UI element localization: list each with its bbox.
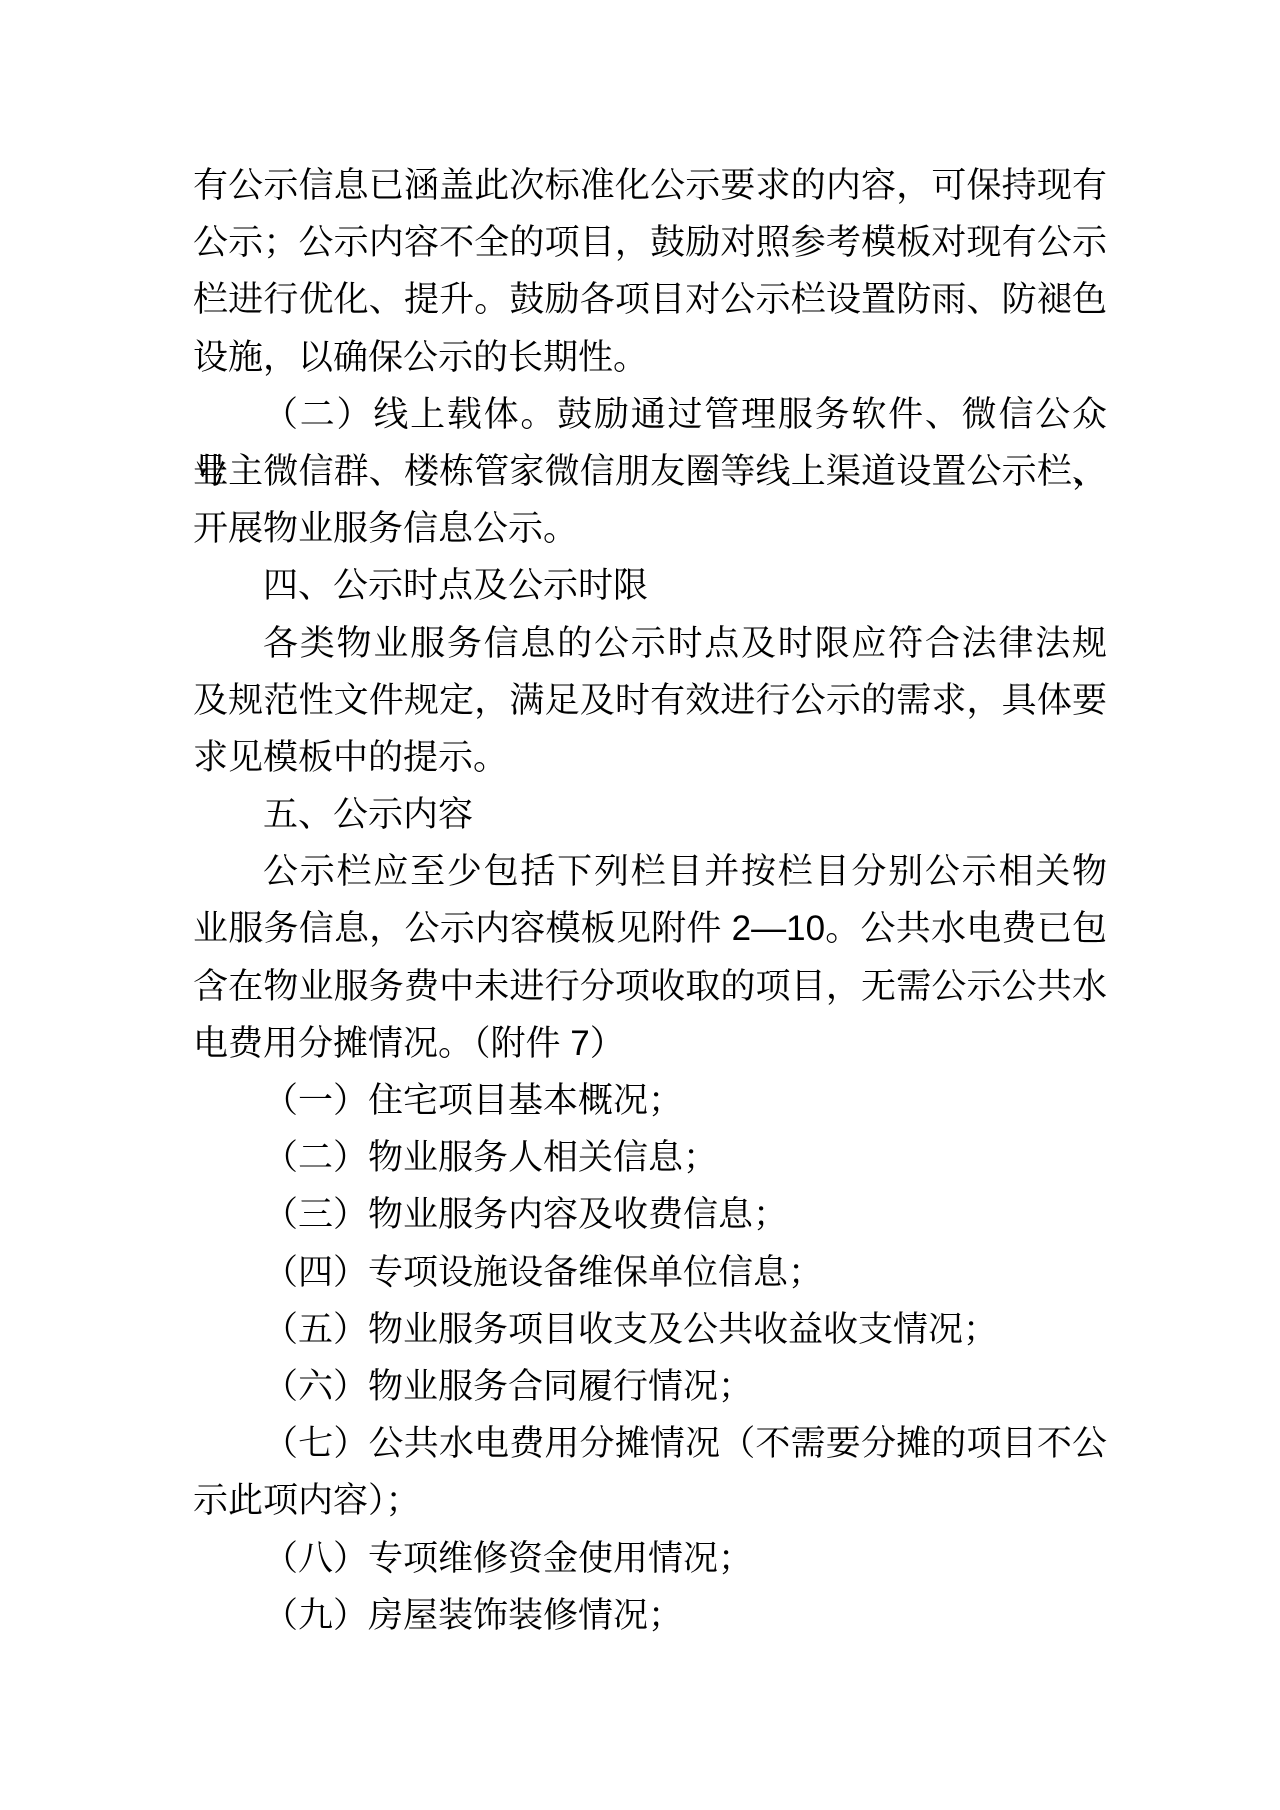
text-line: （六）物业服务合同履行情况；	[193, 1358, 1107, 1415]
text-line: 含在物业服务费中未进行分项收取的项目，无需公示公共水	[193, 958, 1107, 1015]
text-line: 栏进行优化、提升。鼓励各项目对公示栏设置防雨、防褪色	[193, 271, 1107, 328]
text-line: 有公示信息已涵盖此次标准化公示要求的内容，可保持现有	[193, 157, 1107, 214]
text-line: 示此项内容）；	[193, 1472, 1107, 1529]
text-line: 四、公示时点及公示时限	[193, 557, 1107, 614]
text-line: （四）专项设施设备维保单位信息；	[193, 1244, 1107, 1301]
text-line: 业服务信息，公示内容模板见附件 2—10。公共水电费已包	[193, 900, 1107, 957]
text-line: （八）专项维修资金使用情况；	[193, 1530, 1107, 1587]
text-line: （二）物业服务人相关信息；	[193, 1129, 1107, 1186]
text-line: 业主微信群、楼栋管家微信朋友圈等线上渠道设置公示栏，	[193, 443, 1107, 500]
document-page: 有公示信息已涵盖此次标准化公示要求的内容，可保持现有公示；公示内容不全的项目，鼓…	[0, 0, 1280, 1810]
text-line: 公示栏应至少包括下列栏目并按栏目分别公示相关物	[193, 843, 1107, 900]
text-line: 五、公示内容	[193, 786, 1107, 843]
text-line: （九）房屋装饰装修情况；	[193, 1587, 1107, 1644]
document-lines: 有公示信息已涵盖此次标准化公示要求的内容，可保持现有公示；公示内容不全的项目，鼓…	[193, 157, 1107, 1644]
text-line: 电费用分摊情况。（附件 7）	[193, 1015, 1107, 1072]
text-line: 开展物业服务信息公示。	[193, 500, 1107, 557]
text-line: （一）住宅项目基本概况；	[193, 1072, 1107, 1129]
text-line: 及规范性文件规定，满足及时有效进行公示的需求，具体要	[193, 672, 1107, 729]
text-line: 公示；公示内容不全的项目，鼓励对照参考模板对现有公示	[193, 214, 1107, 271]
text-line: 各类物业服务信息的公示时点及时限应符合法律法规	[193, 615, 1107, 672]
text-line: （七）公共水电费用分摊情况（不需要分摊的项目不公	[193, 1415, 1107, 1472]
text-line: 设施，以确保公示的长期性。	[193, 329, 1107, 386]
text-line: （二）线上载体。鼓励通过管理服务软件、微信公众号、	[193, 386, 1107, 443]
text-line: （三）物业服务内容及收费信息；	[193, 1186, 1107, 1243]
text-line: 求见模板中的提示。	[193, 729, 1107, 786]
text-line: （五）物业服务项目收支及公共收益收支情况；	[193, 1301, 1107, 1358]
